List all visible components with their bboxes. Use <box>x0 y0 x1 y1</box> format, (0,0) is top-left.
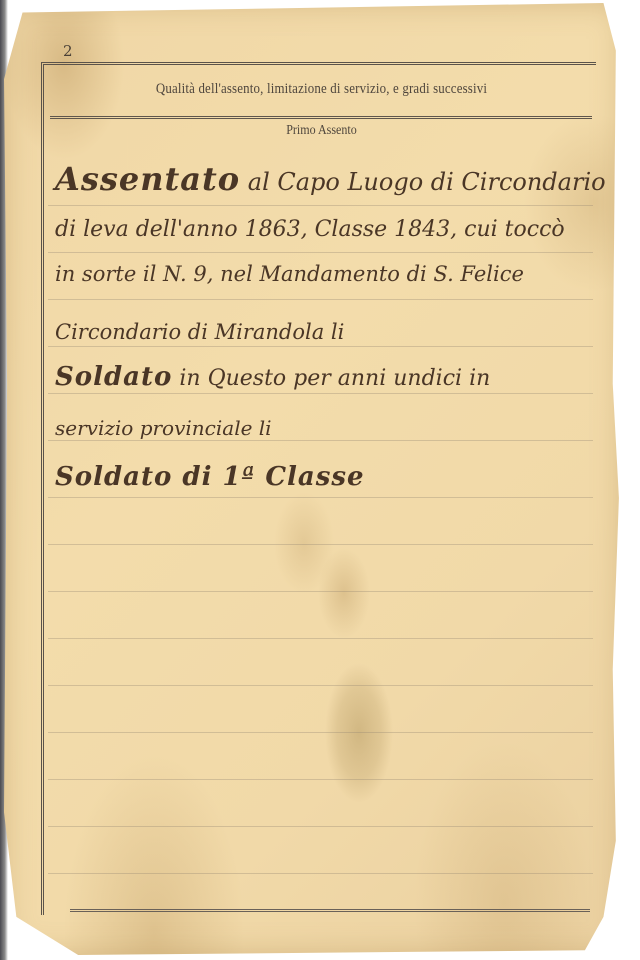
handwritten-lead-word: Assentato <box>55 160 240 198</box>
printed-subheader: Primo Assento <box>85 123 557 139</box>
ruled-line <box>48 393 593 394</box>
handwritten-text: in sorte il N. 9, nel Mandamento di S. F… <box>55 262 524 286</box>
handwritten-text: Soldato di 1ª Classe <box>55 462 365 492</box>
handwritten-text: servizio provinciale li <box>55 416 272 440</box>
header-divider <box>50 116 592 119</box>
handwritten-lead-word: Soldato <box>55 362 172 392</box>
ruled-line <box>48 252 593 253</box>
handwritten-line-2: di leva dell'anno 1863, Classe 1843, cui… <box>55 217 565 242</box>
ruled-line <box>48 346 593 347</box>
printed-header: Qualità dell'assento, limitazione di ser… <box>85 81 557 98</box>
handwritten-line-6: servizio provinciale li <box>55 416 272 440</box>
handwritten-line-1: Assentato al Capo Luogo di Circondario <box>55 160 606 198</box>
handwritten-text: Circondario di Mirandola li <box>55 320 344 344</box>
ruled-line <box>48 497 593 498</box>
handwritten-text: di leva dell'anno 1863, Classe 1843, cui… <box>55 217 565 242</box>
ruled-line <box>48 591 593 592</box>
page-number: 2 <box>63 42 73 60</box>
page-frame-bottom-rule <box>70 909 590 912</box>
handwritten-line-4: Circondario di Mirandola li <box>55 320 344 344</box>
ruled-line <box>48 779 593 780</box>
ruled-line <box>48 826 593 827</box>
ruled-line <box>48 544 593 545</box>
ruled-line <box>48 685 593 686</box>
ruled-line <box>48 440 593 441</box>
handwritten-text: in Questo per anni undici in <box>172 366 490 391</box>
ruled-line <box>48 638 593 639</box>
ruled-line <box>48 732 593 733</box>
ruled-line <box>48 205 593 206</box>
ruled-line <box>48 299 593 300</box>
handwritten-line-3: in sorte il N. 9, nel Mandamento di S. F… <box>55 262 524 286</box>
ruled-line <box>48 873 593 874</box>
handwritten-line-5: Soldato in Questo per anni undici in <box>55 362 490 392</box>
handwritten-line-7: Soldato di 1ª Classe <box>55 462 365 492</box>
handwritten-text: al Capo Luogo di Circondario <box>240 168 605 196</box>
